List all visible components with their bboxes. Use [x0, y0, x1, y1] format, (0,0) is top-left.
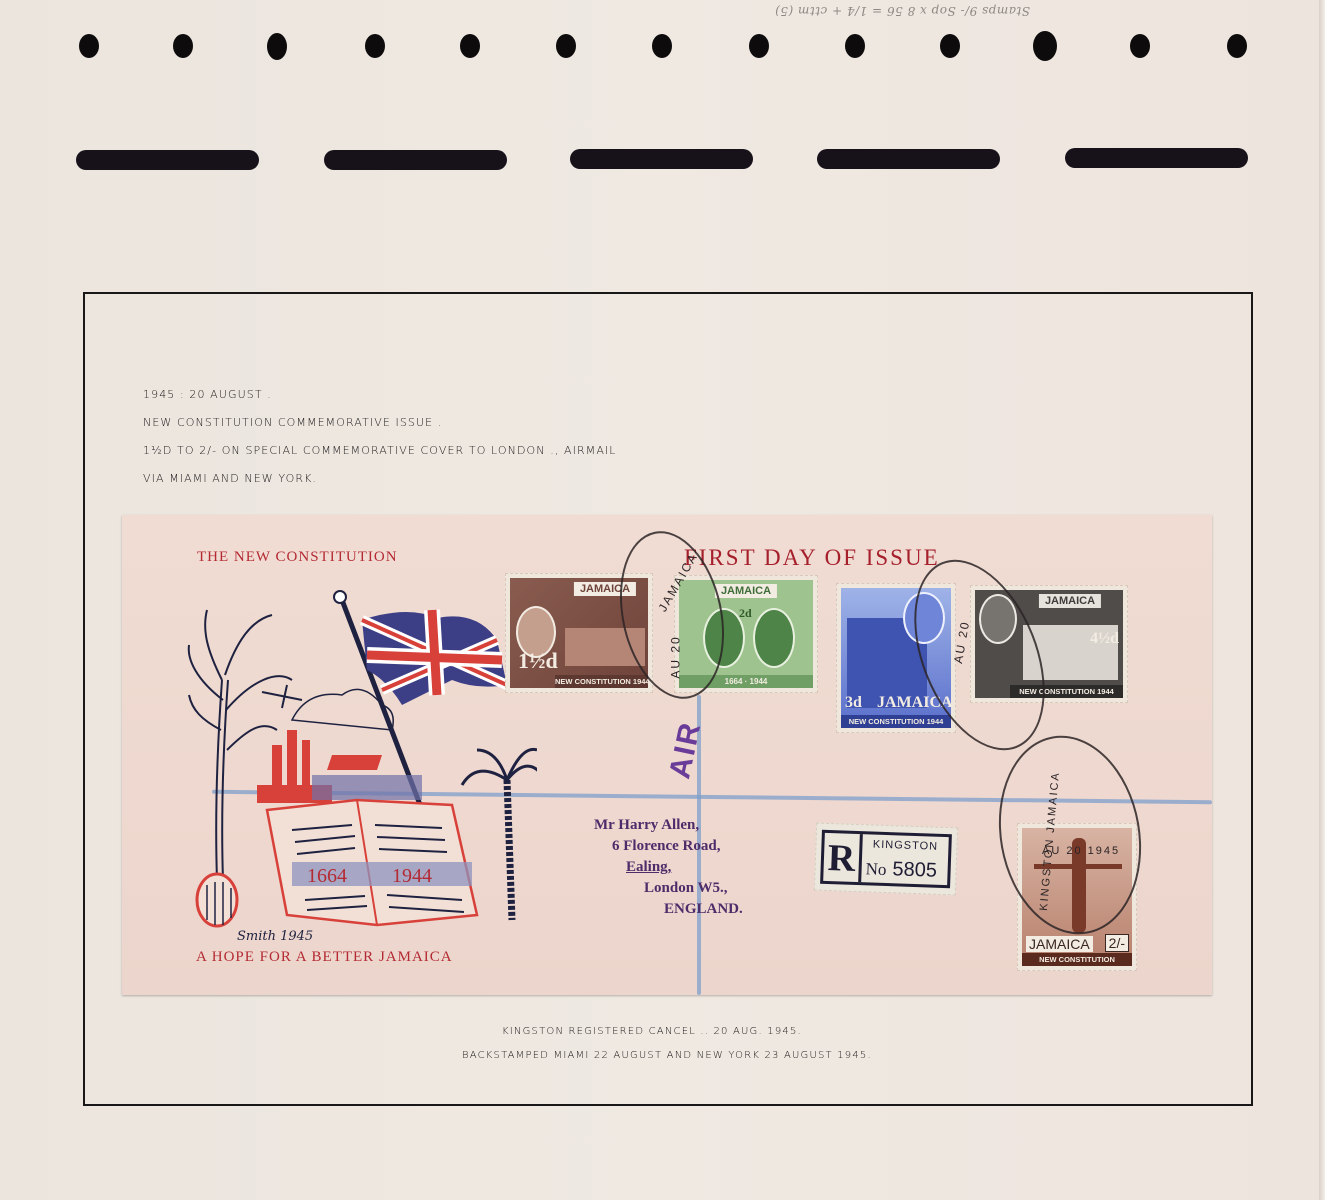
air-handstamp: AIR: [663, 718, 708, 781]
cachet-illustration: 1664 1944 Smith 1945: [177, 570, 537, 950]
punch-hole: [845, 34, 865, 58]
punch-hole: [267, 33, 287, 60]
registration-label: R KINGSTON No5805: [814, 823, 958, 896]
pencil-price-note: Stamps 9/- Sop x 8 56 = 1/4 + cttm (5): [690, 4, 1030, 18]
punch-hole: [1033, 31, 1057, 61]
cachet-slogan: A HOPE FOR A BETTER JAMAICA: [196, 949, 453, 966]
punch-hole: [460, 34, 480, 58]
king-portrait: [753, 608, 795, 668]
first-day-of-issue-title: FIRST DAY OF ISSUE: [684, 545, 940, 571]
binder-slot: [817, 149, 1000, 169]
punch-hole: [1130, 34, 1150, 58]
punch-hole: [652, 34, 672, 58]
punch-hole: [556, 34, 576, 58]
postmark-kingston-registered-date: AU 20 1945: [1042, 845, 1120, 857]
book-year-left: 1664: [307, 865, 347, 887]
cachet-heading: THE NEW CONSTITUTION: [197, 549, 398, 566]
write-up-date: 1945 : 20 August .: [143, 381, 617, 409]
punch-hole: [79, 34, 99, 58]
address-line: 6 Florence Road,: [594, 836, 743, 857]
cover-caption: Kingston Registered Cancel .. 20 Aug. 19…: [462, 1020, 872, 1068]
address-line: ENGLAND.: [594, 899, 743, 920]
address-line: London W5.,: [594, 878, 743, 899]
first-day-cover: THE NEW CONSTITUTION A HOPE FOR A BETTER…: [122, 515, 1212, 995]
registered-r-letter: R: [823, 833, 863, 882]
punch-hole: [173, 34, 193, 58]
punch-hole: [940, 34, 960, 58]
binder-slot: [76, 150, 259, 170]
binder-slot: [1065, 148, 1248, 168]
write-up-route: via Miami and New York.: [143, 465, 617, 493]
registration-number: No5805: [865, 857, 948, 883]
postmark-kingston-1-date: AU 20: [669, 635, 683, 678]
page-edge: [1319, 0, 1325, 1200]
punch-hole: [749, 34, 769, 58]
write-up: 1945 : 20 August . New Constitution Comm…: [143, 381, 617, 493]
caption-cancel: Kingston Registered Cancel .. 20 Aug. 19…: [462, 1020, 872, 1044]
punch-hole: [1227, 34, 1247, 58]
write-up-values: 1½d to 2/- on special commemorative cove…: [143, 437, 617, 465]
address-line: Ealing,: [594, 857, 743, 878]
book-year-right: 1944: [392, 865, 432, 887]
album-page: Stamps 9/- Sop x 8 56 = 1/4 + cttm (5) 1…: [0, 0, 1325, 1200]
punch-hole: [365, 34, 385, 58]
binder-slot: [324, 150, 507, 170]
address-line: Mr Harry Allen,: [594, 815, 743, 836]
caption-backstamps: Backstamped Miami 22 August and New York…: [462, 1044, 872, 1068]
recipient-address: Mr Harry Allen, 6 Florence Road, Ealing,…: [594, 815, 743, 920]
write-up-issue: New Constitution Commemorative Issue .: [143, 409, 617, 437]
registration-office: KINGSTON: [862, 838, 948, 853]
artist-signature: Smith 1945: [237, 929, 313, 944]
binder-slot: [570, 149, 753, 169]
